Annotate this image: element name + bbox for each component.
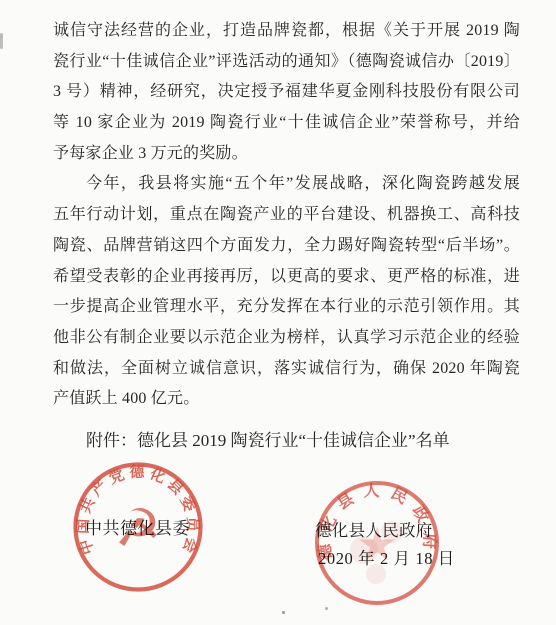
body-line: 予每家企业 3 万元的奖励。 (53, 139, 520, 170)
scan-speck (282, 611, 285, 614)
body-line: 3 号）精神，经研究，决定授予福建华夏金刚科技股份有限公司 (53, 77, 520, 108)
body-line: 等 10 家企业为 2019 陶瓷行业“十佳诚信企业”荣誉称号，并给 (53, 108, 520, 139)
body-line: 诚信守法经营的企业，打造品牌瓷都，根据《关于开展 2019 陶 (53, 16, 520, 47)
attachment-line: 附件：德化县 2019 陶瓷行业“十佳诚信企业”名单 (53, 426, 520, 456)
body-line: 和做法，全面树立诚信意识，落实诚信行为，确保 2020 年陶瓷 (53, 354, 520, 385)
body-line: 他非公有制企业要以示范企业为榜样，认真学习示范企业的经验 (53, 323, 520, 354)
body-line: 瓷行业“十佳诚信企业”评选活动的通知》（德陶瓷诚信办〔2019〕 (53, 47, 520, 78)
scan-speck (325, 607, 328, 610)
government-signature: 德化县人民政府 (315, 521, 433, 541)
body-line: 今年，我县将实施“五个年”发展战略，深化陶瓷跨越发展 (53, 169, 520, 200)
document-body: 诚信守法经营的企业，打造品牌瓷都，根据《关于开展 2019 陶 瓷行业“十佳诚信… (53, 16, 520, 415)
scan-speck (0, 33, 3, 49)
party-signature: 中共德化县委 (85, 519, 190, 539)
body-line: 一步提高企业管理水平，充分发挥在本行业的示范引领作用。其 (53, 292, 520, 323)
government-seal: 德化县人民政府 ★ (314, 480, 440, 606)
document-date: 2020 年 2 月 18 日 (318, 549, 455, 569)
body-line: 五年行动计划，重点在陶瓷产业的平台建设、机器换工、高科技 (53, 200, 520, 231)
body-line: 希望受表彰的企业再接再厉，以更高的要求、更严格的标准，进 (53, 262, 520, 293)
body-line: 产值跃上 400 亿元。 (53, 384, 520, 415)
body-line: 陶瓷、品牌营销这四个方面发力，全力踢好陶瓷转型“后半场”。 (53, 231, 520, 262)
